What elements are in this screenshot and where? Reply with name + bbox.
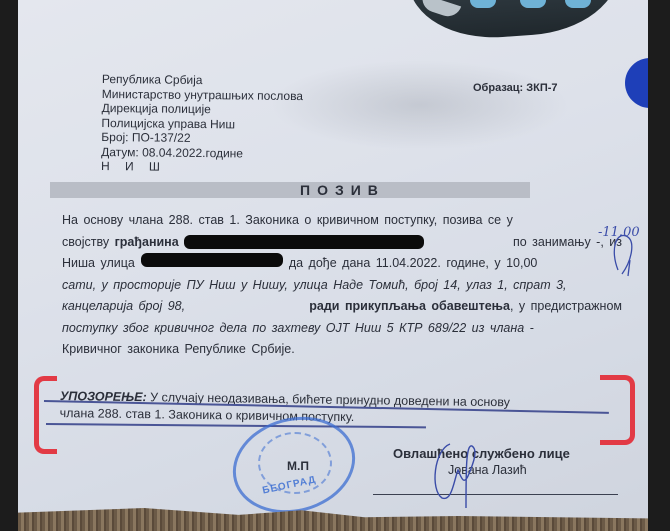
header-directorate: Дирекција полиције (102, 101, 303, 118)
body-line: сати, у просторије ПУ Ниш у Нишу, улица … (62, 275, 622, 297)
key-fob-button (520, 0, 546, 8)
header-city: Н И Ш (101, 159, 302, 176)
purpose-label: ради прикупљања обавештења (309, 299, 510, 313)
capacity-label: грађанина (115, 235, 179, 249)
handwritten-mark-icon (608, 230, 642, 280)
key-fob-button (565, 0, 591, 8)
key-fob-button (470, 0, 496, 8)
header-country: Република Србија (102, 72, 303, 89)
body-line: поступку због кривичног дела по захтеву … (62, 318, 622, 340)
phone-shadow (270, 60, 570, 150)
signature-icon (428, 440, 488, 510)
body-line: Кривичног законика Републике Србије. (62, 339, 622, 361)
name-redaction (184, 235, 424, 249)
signature-line (373, 494, 618, 495)
body-line: својству грађанина по занимању -, из (62, 232, 622, 254)
street-redaction (141, 253, 283, 267)
issuer-header: Република Србија Министарство унутрашњих… (101, 72, 303, 176)
body-line: Ниша улица да дође дана 11.04.2022. годи… (62, 253, 622, 275)
red-bracket-left (34, 376, 57, 454)
body-line: канцеларија број 98, ради прикупљања оба… (62, 296, 622, 318)
form-code: Образац: ЗКП-7 (473, 82, 558, 94)
title-bar (50, 182, 530, 198)
summons-body: На основу члана 288. став 1. Законика о … (62, 210, 622, 361)
right-frame (648, 0, 670, 531)
body-line: На основу члана 288. став 1. Законика о … (62, 210, 622, 232)
document-title: ПОЗИВ (300, 182, 385, 198)
seal-label: М.П (287, 459, 309, 473)
red-bracket-right (600, 375, 635, 445)
header-reference-number: Број: ПО-137/22 (101, 130, 302, 147)
